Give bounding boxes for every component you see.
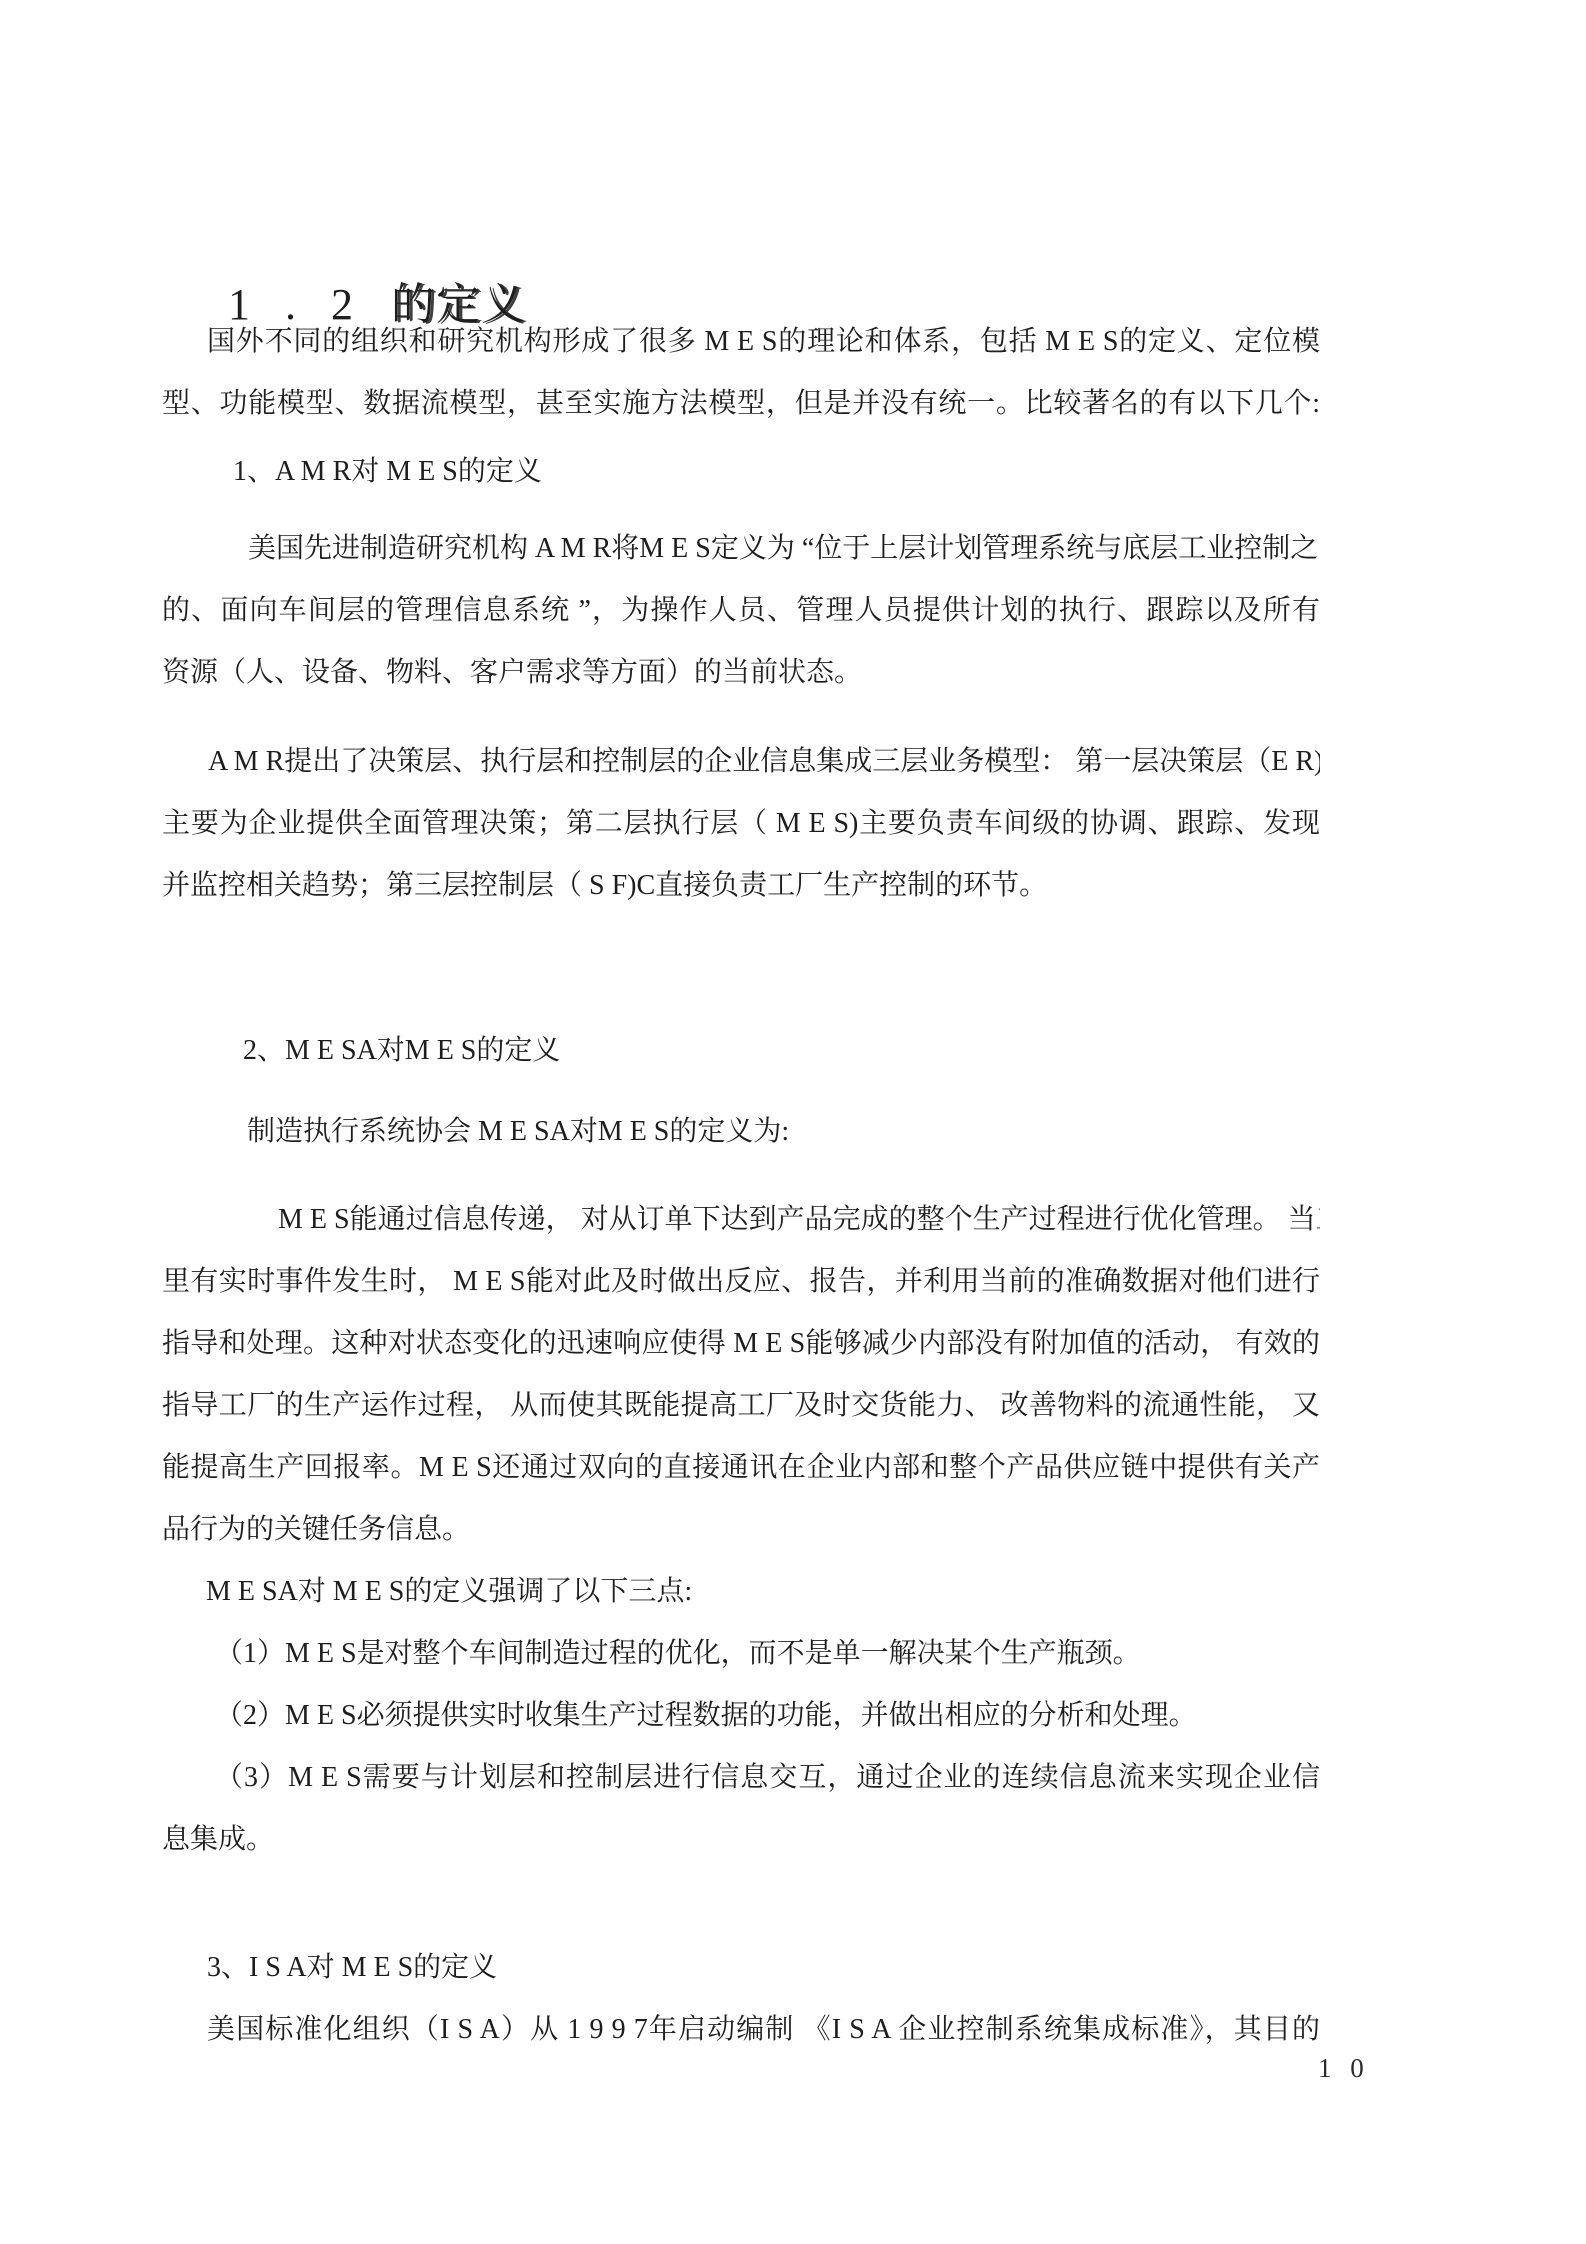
paragraph-line: 指导工厂的生产运作过程， 从而使其既能提高工厂及时交货能力、 改善物料的流通性能…: [162, 1375, 1320, 1437]
paragraph-line: 里有实时事件发生时， M E S能对此及时做出反应、报告，并利用当前的准确数据对…: [162, 1251, 1320, 1313]
paragraph-line: 指导和处理。这种对状态变化的迅速响应使得 M E S能够减少内部没有附加值的活动…: [162, 1313, 1320, 1375]
paragraph-line: M E S能通过信息传递， 对从订单下达到产品完成的整个生产过程进行优化管理。 …: [162, 1189, 1320, 1251]
paragraph-line: 品行为的关键任务信息。: [162, 1499, 1320, 1561]
list-item-1: （1）M E S是对整个车间制造过程的优化，而不是单一解决某个生产瓶颈。: [162, 1623, 1320, 1685]
paragraph-line: 能提高生产回报率。M E S还通过双向的直接通讯在企业内部和整个产品供应链中提供…: [162, 1437, 1320, 1499]
paragraph-line: 美国标准化组织（I S A）从 1 9 9 7年启动编制 《I S A 企业控制…: [162, 1999, 1320, 2061]
paragraph-line: 主要为企业提供全面管理决策；第二层执行层（ M E S)主要负责车间级的协调、跟…: [162, 793, 1320, 855]
document-body: 1 . 2的定义 国外不同的组织和研究机构形成了很多 M E S的理论和体系，包…: [162, 0, 1320, 2061]
paragraph-line: A M R提出了决策层、执行层和控制层的企业信息集成三层业务模型： 第一层决策层…: [162, 731, 1320, 793]
page-number: 1 0: [1318, 2043, 1370, 2093]
subsection-heading-2: 2、M E SA对M E S的定义: [162, 1020, 1320, 1082]
paragraph-line: 型、功能模型、数据流模型，甚至实施方法模型，但是并没有统一。比较著名的有以下几个…: [162, 373, 1320, 435]
paragraph-line: 美国先进制造研究机构 A M R将M E S定义为 “位于上层计划管理系统与底层…: [162, 518, 1320, 580]
subsection-heading-3: 3、I S A对 M E S的定义: [162, 1937, 1320, 1999]
paragraph-line: 资源（人、设备、物料、客户需求等方面）的当前状态。: [162, 642, 1320, 704]
paragraph-line: 国外不同的组织和研究机构形成了很多 M E S的理论和体系，包括 M E S的定…: [162, 311, 1320, 373]
list-item-2: （2）M E S必须提供实时收集生产过程数据的功能，并做出相应的分析和处理。: [162, 1685, 1320, 1747]
paragraph-line: 的、面向车间层的管理信息系统 ”，为操作人员、管理人员提供计划的执行、跟踪以及所…: [162, 580, 1320, 642]
paragraph-line: M E SA对 M E S的定义强调了以下三点:: [162, 1561, 1320, 1623]
document-page: 1 . 2的定义 国外不同的组织和研究机构形成了很多 M E S的理论和体系，包…: [0, 0, 1586, 2244]
subsection-heading-1: 1、A M R对 M E S的定义: [162, 441, 1320, 503]
list-item-3: （3）M E S需要与计划层和控制层进行信息交互，通过企业的连续信息流来实现企业…: [162, 1747, 1320, 1809]
paragraph-line: 制造执行系统协会 M E SA对M E S的定义为:: [162, 1101, 1320, 1163]
section-title: 1 . 2的定义: [162, 215, 1320, 275]
paragraph-line: 息集成。: [162, 1809, 1320, 1871]
paragraph-line: 并监控相关趋势；第三层控制层（ S F)C直接负责工厂生产控制的环节。: [162, 855, 1320, 917]
